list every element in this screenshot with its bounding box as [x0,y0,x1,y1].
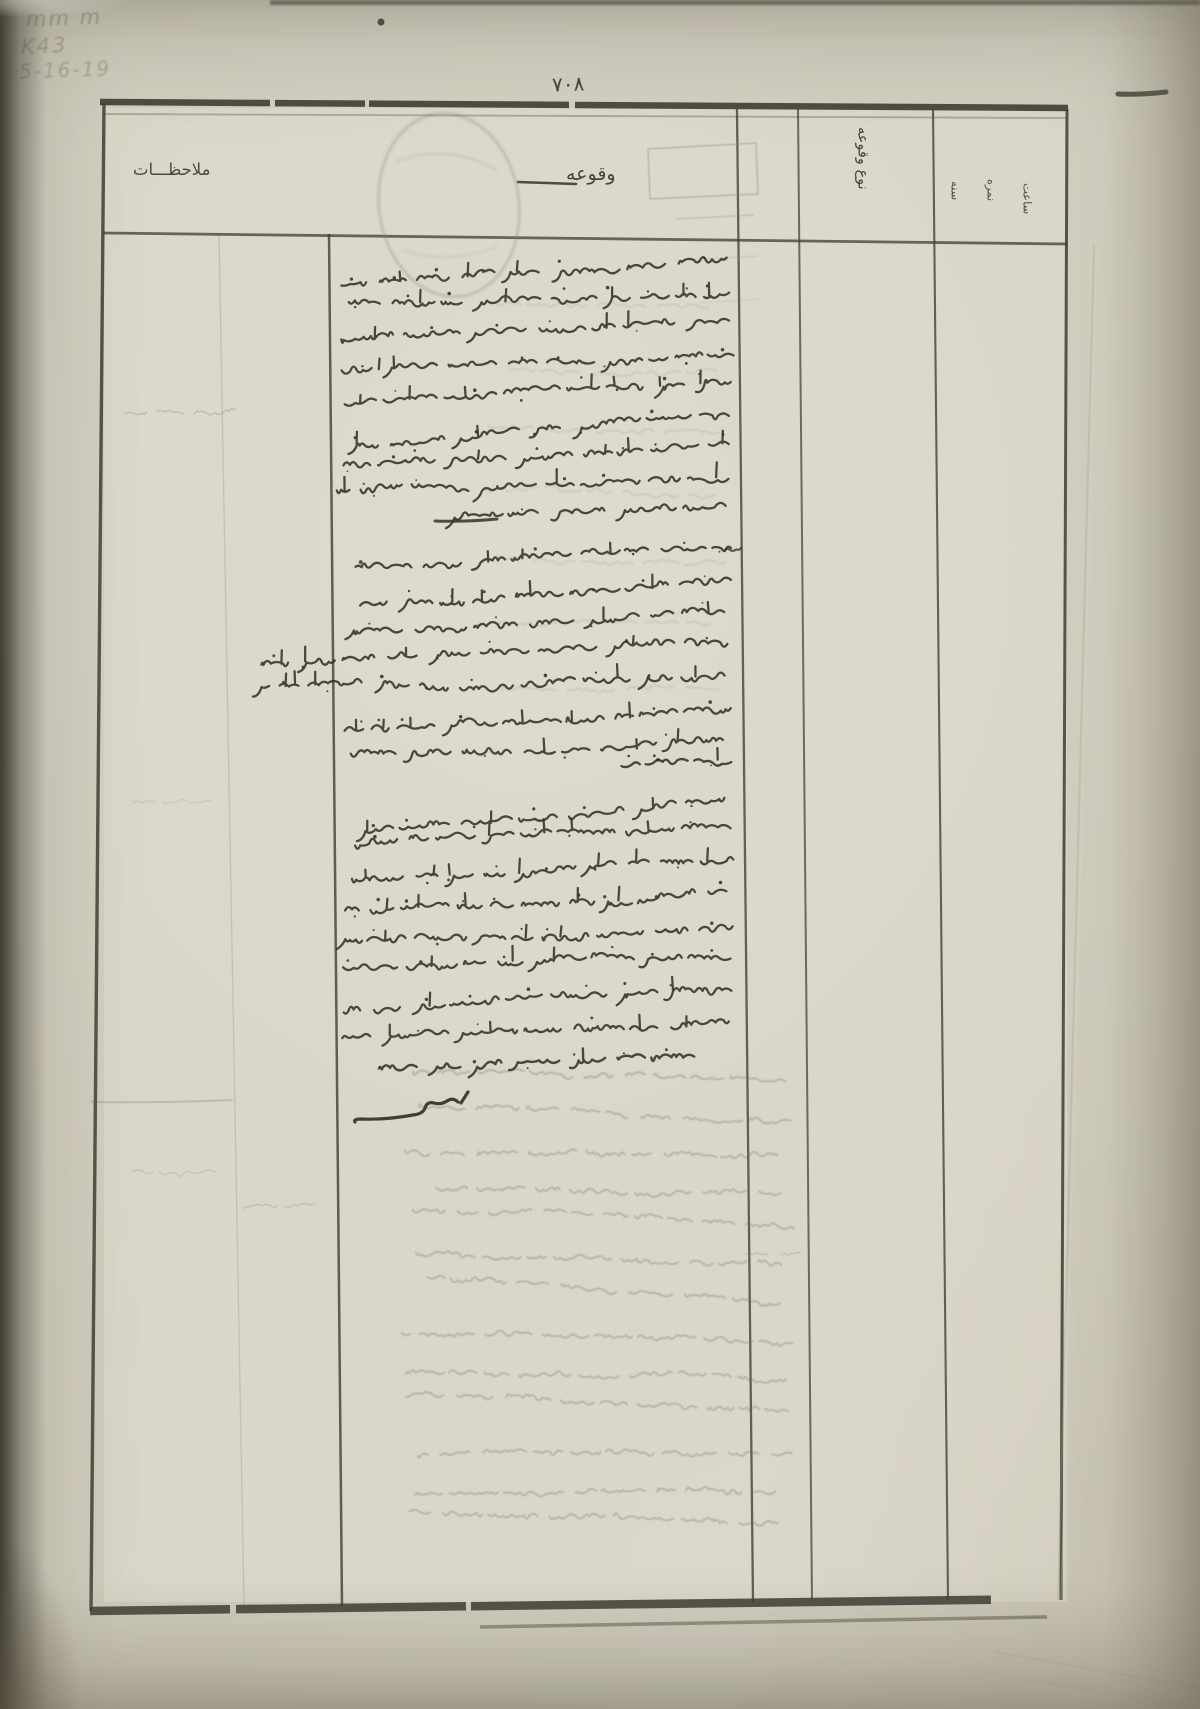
scanned-register-page: mm m K43 5-16-19 ٧٠٨ ملاحظـــات وقوعه نو… [0,0,1200,1709]
scan-vignette [0,0,1200,1709]
